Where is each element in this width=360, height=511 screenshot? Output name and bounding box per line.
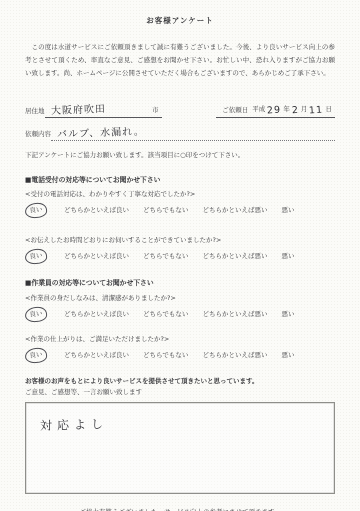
option-somewhat-bad[interactable]: どちらかといえば悪い [202,252,267,261]
request-content-field[interactable]: バルブ、水漏れ。 [51,129,335,141]
year-label: 年 [283,105,290,115]
section-worker-heading: ■作業員の対応等についてお聞かせ下さい [25,279,335,289]
comment-lead2-text: ご意見、ご感想等、一言お願い致します [25,387,335,398]
option-somewhat-bad[interactable]: どちらかといえば悪い [202,351,267,360]
intro-text: この度は水道サービスにご依頼頂きまして誠に有難うございました。今後、より良いサー… [25,41,335,80]
residence-handwritten-value: 大阪府吹田 [50,105,105,117]
day-handwritten-value: 11 [309,106,324,116]
option-neutral[interactable]: どちらでもない [143,310,188,319]
comment-lead-text: お客様のお声をもとにより良いサービスを提供させて頂きたいと思っています。 [25,376,335,387]
question-worker-appearance: <作業員の身だしなみは、清潔感がありましたか?> 良い どちらかといえば良い ど… [25,294,335,322]
question-text: <作業員の身だしなみは、清潔感がありましたか?> [25,294,335,303]
option-row: 良い どちらかといえば良い どちらでもない どちらかといえば悪い 悪い [25,249,335,264]
comment-box[interactable]: 対応よし [25,402,335,494]
option-bad[interactable]: 悪い [281,252,294,261]
question-text: <作業の仕上がりは、ご満足いただけましたか?> [25,335,335,344]
question-text: <お伝えしたお時間どおりにお伺いすることができていましたか?> [25,236,335,245]
option-somewhat-bad[interactable]: どちらかといえば悪い [202,206,267,215]
question-visit-time: <お伝えしたお時間どおりにお伺いすることができていましたか?> 良い どちらかと… [25,236,335,264]
option-row: 良い どちらかといえば良い どちらでもない どちらかといえば悪い 悪い [25,307,335,322]
option-neutral[interactable]: どちらでもない [143,351,188,360]
option-bad[interactable]: 悪い [281,206,294,215]
option-bad[interactable]: 悪い [281,351,294,360]
comment-handwritten-value: 対応よし [40,416,108,435]
request-content-row: 依頼内容 バルブ、水漏れ。 [25,124,335,141]
option-somewhat-good[interactable]: どちらかといえば良い [64,206,129,215]
page-title: お客様アンケート [25,16,335,27]
city-suffix-label: 市 [152,106,159,115]
option-row: 良い どちらかといえば良い どちらでもない どちらかといえば悪い 悪い [25,203,335,218]
request-date-field[interactable]: ご依頼日 平成 29 年 2 月 11 日 [216,105,335,117]
option-good-circled[interactable]: 良い [24,306,47,322]
option-neutral[interactable]: どちらでもない [143,252,188,261]
day-label: 日 [326,105,333,115]
header-fields-row: 居住地 大阪府吹田 市 ご依頼日 平成 29 年 2 月 11 日 [25,100,335,118]
option-good-circled[interactable]: 良い [24,248,47,264]
year-handwritten-value: 29 [267,106,282,116]
option-somewhat-good[interactable]: どちらかといえば良い [64,252,129,261]
option-somewhat-bad[interactable]: どちらかといえば悪い [202,310,267,319]
era-label: 平成 [252,105,265,115]
option-somewhat-good[interactable]: どちらかといえば良い [64,351,129,360]
option-somewhat-good[interactable]: どちらかといえば良い [64,310,129,319]
option-good-circled[interactable]: 良い [24,347,47,363]
option-neutral[interactable]: どちらでもない [143,206,188,215]
question-phone-response: <受付の電話対応は、わかりやすく丁寧な対応でしたか?> 良い どちらかといえば良… [25,190,335,218]
survey-paper: お客様アンケート この度は水道サービスにご依頼頂きまして誠に有難うございました。… [0,0,360,511]
instruction-text: 下記アンケートにご協力お願い致します。該当項目に○印をつけて下さい。 [25,151,335,160]
option-row: 良い どちらかといえば良い どちらでもない どちらかといえば悪い 悪い [25,348,335,363]
residence-field[interactable]: 大阪府吹田 市 [45,106,162,118]
month-handwritten-value: 2 [292,106,300,116]
request-content-handwritten-value: バルブ、水漏れ。 [57,127,145,140]
question-text: <受付の電話対応は、わかりやすく丁寧な対応でしたか?> [25,190,335,199]
section-phone-heading: ■電話受付の対応等についてお聞かせ下さい [25,176,335,186]
request-content-label: 依頼内容 [25,130,51,140]
option-good-circled[interactable]: 良い [24,202,47,218]
residence-label: 居住地 [25,107,45,117]
question-work-quality: <作業の仕上がりは、ご満足いただけましたか?> 良い どちらかといえば良い どち… [25,335,335,363]
request-date-label: ご依頼日 [222,106,248,115]
option-bad[interactable]: 悪い [281,310,294,319]
month-label: 月 [301,105,308,115]
